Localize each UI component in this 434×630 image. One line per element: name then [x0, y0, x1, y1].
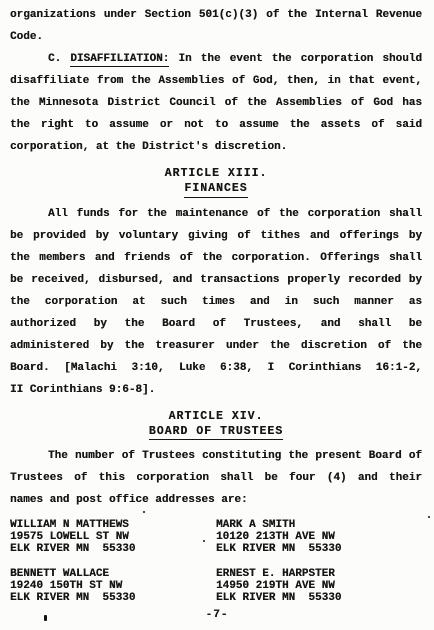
- text-line: corporation, at the District's discretio…: [10, 136, 422, 158]
- ink-speck: [44, 615, 47, 621]
- text-line: disaffiliate from the Assemblies of God,…: [10, 70, 422, 92]
- trustee-name: WILLIAM N MATTHEWS: [10, 519, 216, 531]
- trustee-city: ELK RIVER MN 55330: [216, 592, 422, 604]
- heading-line: BOARD OF TRUSTEES: [10, 424, 422, 441]
- text-line: authorized by the Board of Trustees, and…: [10, 313, 422, 335]
- heading-text: ARTICLE XIII.: [165, 167, 268, 180]
- trustee-street: 10120 213TH AVE NW: [216, 531, 422, 543]
- heading-text: BOARD OF TRUSTEES: [149, 424, 283, 441]
- paragraph: The number of Trustees constituting the …: [10, 445, 422, 511]
- trustee-name: ERNEST E. HARPSTER: [216, 568, 422, 580]
- trustee-list: WILLIAM N MATTHEWS19575 LOWELL ST NWELK …: [10, 519, 422, 604]
- ink-speck: [428, 516, 430, 518]
- text-line: the corporation at such times and in suc…: [10, 291, 422, 313]
- text-line: the right to assume or not to assume the…: [10, 114, 422, 136]
- page-number: -7-: [206, 609, 229, 621]
- text-line: C. DISAFFILIATION: In the event the corp…: [10, 48, 422, 70]
- text-line: be provided by voluntary giving of tithe…: [10, 225, 422, 247]
- paragraph: C. DISAFFILIATION: In the event the corp…: [10, 48, 422, 158]
- text-segment: In the event the corporation should: [178, 53, 422, 65]
- trustee-city: ELK RIVER MN 55330: [10, 592, 216, 604]
- article-heading: ARTICLE XIII.FINANCES: [10, 166, 422, 198]
- trustee-street: 19575 LOWELL ST NW: [10, 531, 216, 543]
- trustee-entry: MARK A SMITH10120 213TH AVE NWELK RIVER …: [216, 519, 422, 555]
- text-line: be received, disbursed, and transactions…: [10, 269, 422, 291]
- trustee-street: 14950 219TH AVE NW: [216, 580, 422, 592]
- text-line: The number of Trustees constituting the …: [10, 445, 422, 467]
- underlined-term: DISAFFILIATION:: [70, 53, 169, 67]
- ink-speck: [143, 511, 145, 513]
- trustee-city: ELK RIVER MN 55330: [216, 543, 422, 555]
- document-content: organizations under Section 501(c)(3) of…: [10, 4, 422, 604]
- text-line: the Minnesota District Council of the As…: [10, 92, 422, 114]
- trustee-entry: ERNEST E. HARPSTER14950 219TH AVE NWELK …: [216, 568, 422, 604]
- trustee-street: 19240 150TH ST NW: [10, 580, 216, 592]
- text-line: organizations under Section 501(c)(3) of…: [10, 4, 422, 26]
- text-line: the members and friends of the corporati…: [10, 247, 422, 269]
- trustee-name: MARK A SMITH: [216, 519, 422, 531]
- text-segment: C.: [48, 53, 61, 65]
- text-line: Board. [Malachi 3:10, Luke 6:38, I Corin…: [10, 357, 422, 379]
- heading-line: ARTICLE XIV.: [10, 409, 422, 424]
- ink-speck: [203, 540, 205, 542]
- text-line: All funds for the maintenance of the cor…: [10, 203, 422, 225]
- page-footer: -7-: [0, 604, 434, 622]
- heading-text: ARTICLE XIV.: [169, 410, 264, 423]
- heading-line: FINANCES: [10, 181, 422, 198]
- text-line: administered by the treasurer under the …: [10, 335, 422, 357]
- trustee-entry: BENNETT WALLACE19240 150TH ST NWELK RIVE…: [10, 568, 216, 604]
- trustee-entry: WILLIAM N MATTHEWS19575 LOWELL ST NWELK …: [10, 519, 216, 555]
- trustee-city: ELK RIVER MN 55330: [10, 543, 216, 555]
- heading-line: ARTICLE XIII.: [10, 166, 422, 181]
- article-heading: ARTICLE XIV.BOARD OF TRUSTEES: [10, 409, 422, 441]
- heading-text: FINANCES: [184, 181, 247, 198]
- text-line: Code.: [10, 26, 422, 48]
- paragraph: organizations under Section 501(c)(3) of…: [10, 4, 422, 48]
- text-line: II Corinthians 9:6-8].: [10, 379, 422, 401]
- paragraph: All funds for the maintenance of the cor…: [10, 203, 422, 401]
- trustee-name: BENNETT WALLACE: [10, 568, 216, 580]
- text-line: names and post office addresses are:: [10, 489, 422, 511]
- document-page: organizations under Section 501(c)(3) of…: [0, 0, 434, 630]
- text-line: Trustees of this corporation shall be fo…: [10, 467, 422, 489]
